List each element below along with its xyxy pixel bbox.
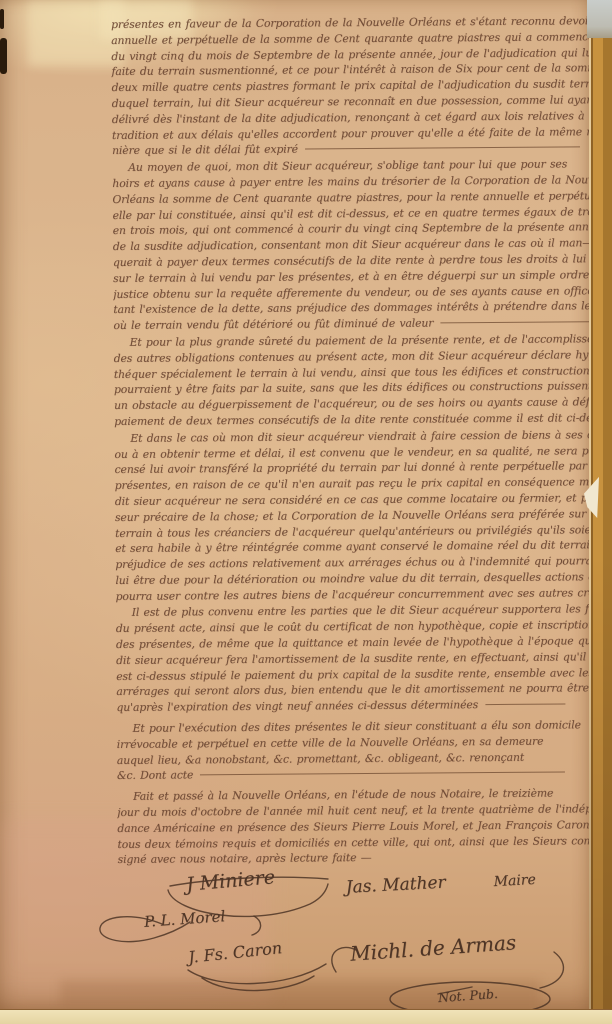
manuscript-line: qu'après l'expiration des vingt neuf ann… [116, 696, 589, 716]
flourish-rule [485, 703, 565, 706]
manuscript-paragraph: Et dans le cas où mon dit sieur acquéreu… [114, 427, 589, 605]
backing-corner [587, 0, 612, 38]
flourish-rule [200, 771, 565, 776]
signature-mather-maire: Jas. Mather Maire [345, 864, 569, 914]
flourish-rule [305, 146, 580, 150]
manuscript-page: présentes en faveur de la Corporation de… [0, 0, 589, 1009]
handwritten-text: présentes en faveur de la Corporation de… [111, 13, 589, 868]
manuscript-paragraph: présentes en faveur de la Corporation de… [111, 13, 589, 159]
paper-stain [28, 0, 124, 66]
manuscript-paragraph: Au moyen de quoi, mon dit Sieur acquéreu… [112, 156, 589, 334]
ink-edge-mark [0, 9, 4, 29]
manuscript-paragraph: Fait et passé à la Nouvelle Orléans, en … [117, 785, 589, 868]
next-page-bottom-edge [0, 1009, 612, 1024]
flourish-rule [440, 320, 589, 323]
signature-de-armas: Michl. de Armas Not. Pub. [318, 930, 574, 1009]
manuscript-paragraph: Et pour l'exécution des dites présentes … [117, 717, 589, 784]
ink-edge-mark [0, 38, 7, 74]
manuscript-paragraph: Et pour la plus grande sûreté du paiemen… [113, 331, 589, 430]
manuscript-line: &c. Dont acte [117, 765, 589, 785]
signature-name: Jas. Mather [345, 873, 446, 898]
signature-caron: J. Fs. Caron [158, 936, 343, 998]
manuscript-paragraph: Il est de plus convenu entre les parties… [116, 602, 589, 716]
signature-title: Maire [493, 872, 536, 890]
